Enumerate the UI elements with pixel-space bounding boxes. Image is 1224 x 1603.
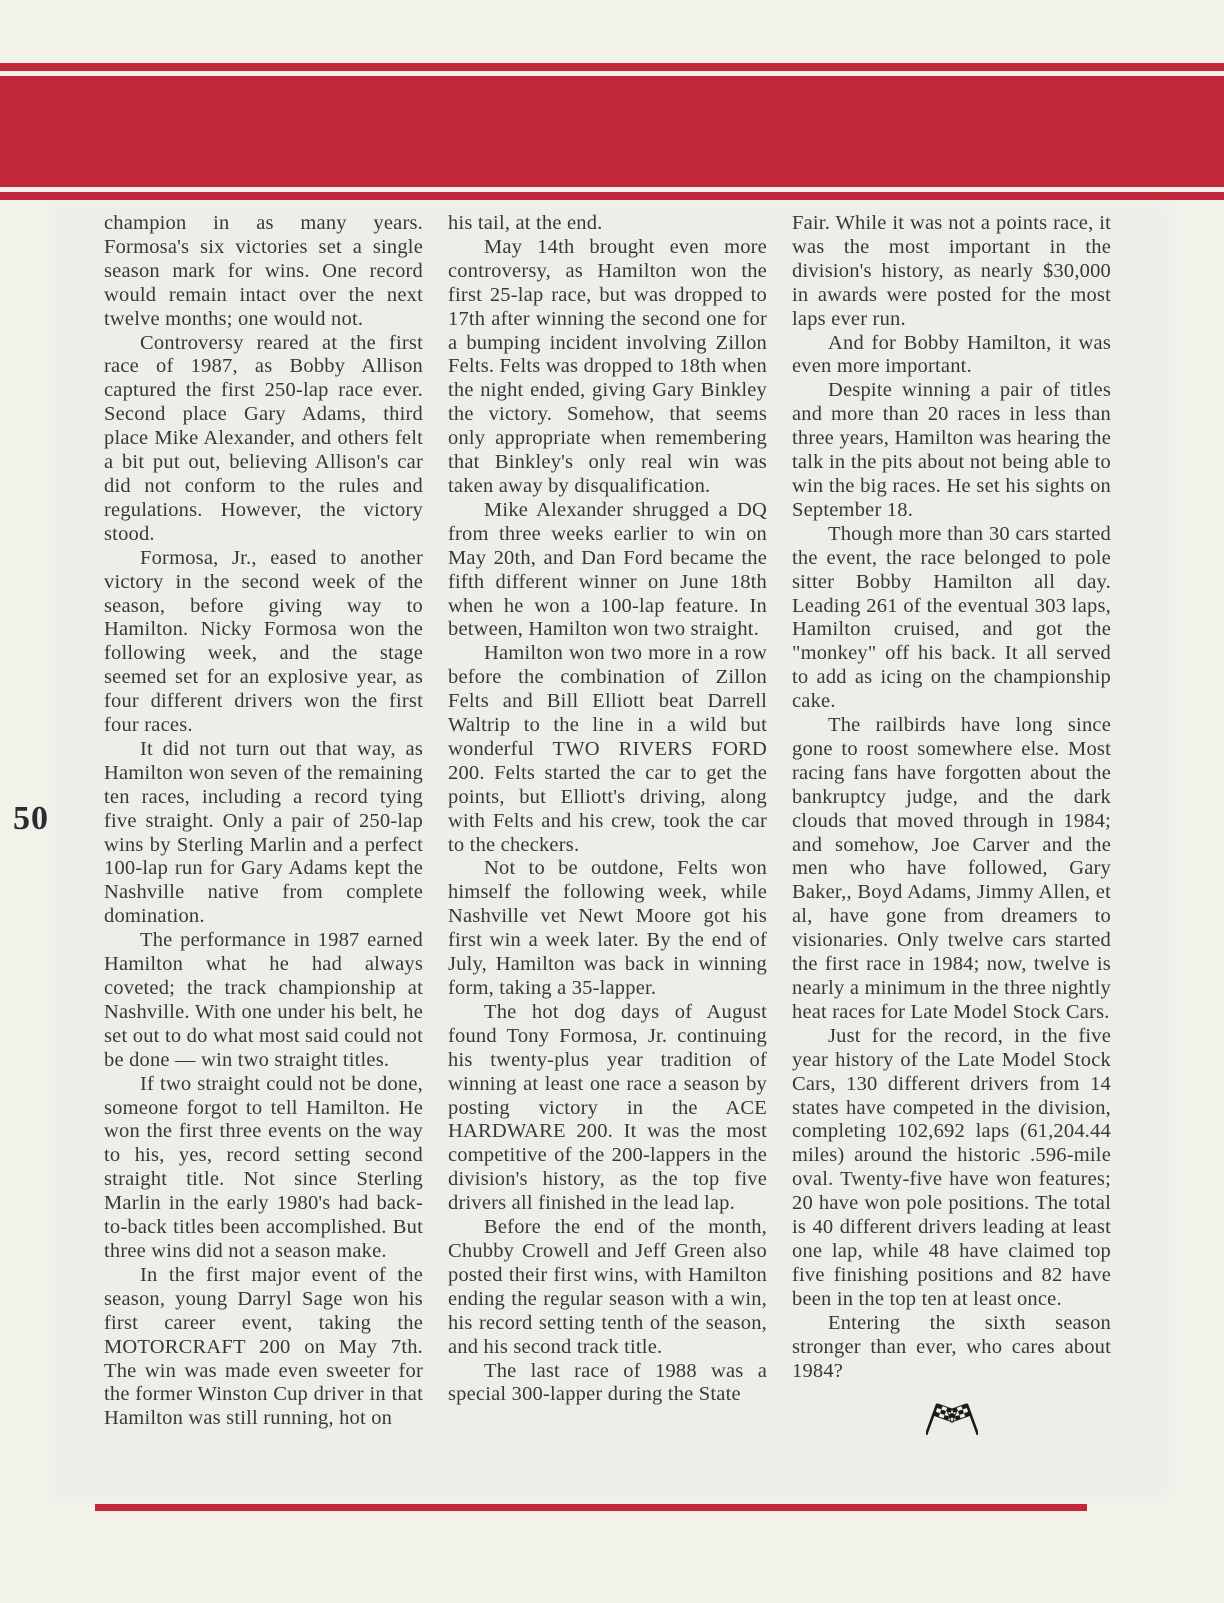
article-columns: champion in as many years. Formosa's six… — [104, 212, 1112, 1441]
paragraph: Entering the sixth season stronger than … — [792, 1312, 1111, 1384]
paragraph: And for Bobby Hamilton, it was even more… — [792, 332, 1111, 380]
paragraph: In the first major event of the season, … — [104, 1264, 423, 1431]
paragraph: champion in as many years. Formosa's six… — [104, 212, 423, 332]
paragraph: Just for the record, in the five year hi… — [792, 1025, 1111, 1312]
paragraph: The railbirds have long since gone to ro… — [792, 714, 1111, 1025]
text-column-3-body: Fair. While it was not a points race, it… — [792, 212, 1111, 1383]
paragraph: Not to be outdone, Felts won himself the… — [448, 857, 767, 1000]
header-band-pinstripe-top — [0, 63, 1224, 71]
text-column-1: champion in as many years. Formosa's six… — [104, 212, 423, 1431]
text-column-2-body: his tail, at the end.May 14th brought ev… — [448, 212, 767, 1407]
text-column-2: his tail, at the end.May 14th brought ev… — [448, 212, 767, 1407]
paragraph: Before the end of the month, Chubby Crow… — [448, 1216, 767, 1359]
paragraph: Despite winning a pair of titles and mor… — [792, 379, 1111, 522]
page-number: 50 — [13, 800, 49, 838]
article-end-mark — [792, 1399, 1111, 1441]
paragraph: Controversy reared at the first race of … — [104, 332, 423, 547]
paragraph: his tail, at the end. — [448, 212, 767, 236]
header-band-solid — [0, 76, 1224, 187]
footer-rule — [95, 1504, 1087, 1511]
paragraph: Hamilton won two more in a row before th… — [448, 642, 767, 857]
paragraph: The performance in 1987 earned Hamilton … — [104, 929, 423, 1072]
paragraph: Fair. While it was not a points race, it… — [792, 212, 1111, 332]
paragraph: Though more than 30 cars started the eve… — [792, 523, 1111, 714]
paragraph: Mike Alexander shrugged a DQ from three … — [448, 499, 767, 642]
paragraph: It did not turn out that way, as Hamilto… — [104, 738, 423, 929]
text-column-3: Fair. While it was not a points race, it… — [792, 212, 1111, 1441]
crossed-checkered-flags-icon — [926, 1399, 978, 1441]
paragraph: The last race of 1988 was a special 300-… — [448, 1360, 767, 1408]
paragraph: If two straight could not be done, someo… — [104, 1073, 423, 1264]
paragraph: May 14th brought even more controversy, … — [448, 236, 767, 499]
paragraph: The hot dog days of August found Tony Fo… — [448, 1001, 767, 1216]
text-column-1-body: champion in as many years. Formosa's six… — [104, 212, 423, 1431]
paragraph: Formosa, Jr., eased to another victory i… — [104, 547, 423, 738]
header-band-pinstripe-bottom — [0, 192, 1224, 200]
